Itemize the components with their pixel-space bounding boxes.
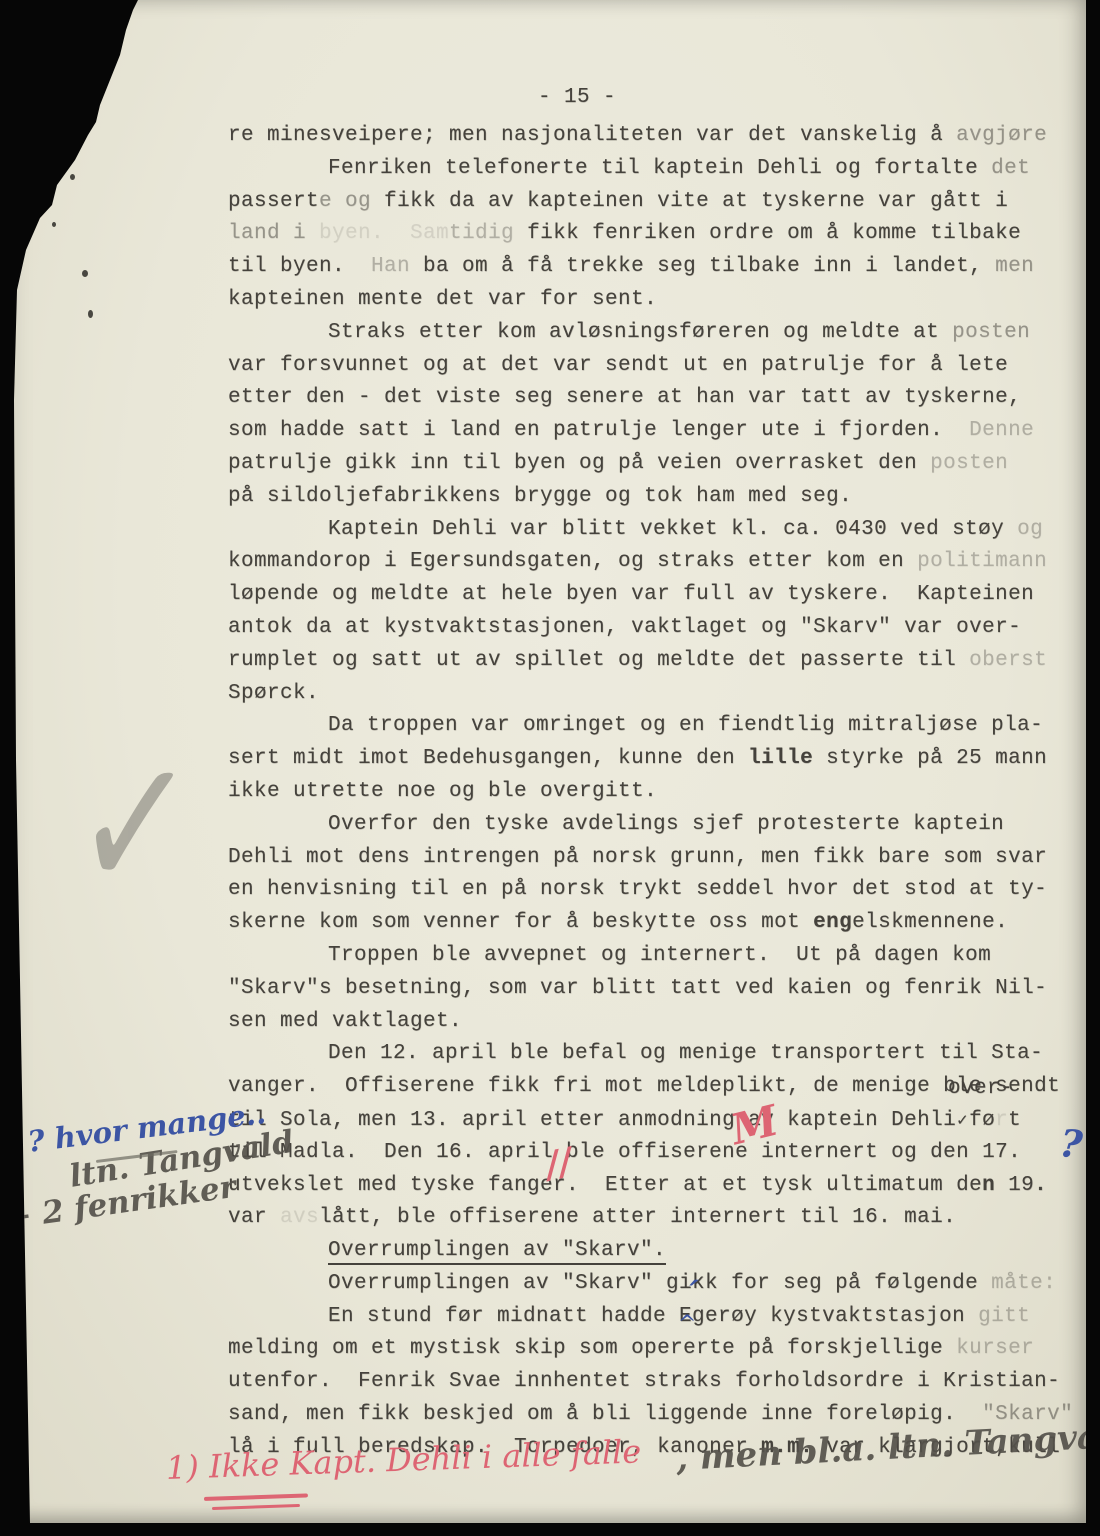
typed-line: Dehli mot dens intrengen på norsk grunn,… <box>228 842 1086 875</box>
paper-speck-3 <box>82 270 88 277</box>
typed-line: utenfor. Fenrik Svae innhentet straks fo… <box>228 1366 1086 1399</box>
typed-line: til Madla. Den 16. april ble offiserene … <box>228 1137 1086 1170</box>
paper-speck-1 <box>70 174 75 180</box>
typed-line: kapteinen mente det var for sent. <box>228 284 1086 317</box>
typed-line: løpende og meldte at hele byen var full … <box>228 579 1086 612</box>
typed-line: en henvisning til en på norsk trykt sedd… <box>228 874 1086 907</box>
typed-line: melding om et mystisk skip som opererte … <box>228 1333 1086 1366</box>
typed-line: på sildoljefabrikkens brygge og tok ham … <box>228 481 1086 514</box>
typed-line: Den 12. april ble befal og menige transp… <box>228 1038 1086 1071</box>
blue-accent-egeroy: ´ <box>682 1278 698 1310</box>
blue-caret-opererte: ^ <box>678 1314 696 1336</box>
typed-line: Kaptein Dehli var blitt vekket kl. ca. 0… <box>228 514 1086 547</box>
typed-line: sert midt imot Bedehusgangen, kunne den … <box>228 743 1086 776</box>
typed-line: re minesveipere; men nasjonaliteten var … <box>228 120 1086 153</box>
typed-line: til Sola, men 13. april etter anmodning … <box>228 1104 1086 1137</box>
typed-line: etter den - det viste seg senere at han … <box>228 382 1086 415</box>
document-page: - 15 - re minesveipere; men nasjonalitet… <box>0 0 1086 1523</box>
typed-line: ikke utrette noe og ble overgitt. <box>228 776 1086 809</box>
typed-line: patrulje gikk inn til byen og på veien o… <box>228 448 1086 481</box>
typed-line: Fenriken telefonerte til kaptein Dehli o… <box>228 153 1086 186</box>
typed-line: Overfor den tyske avdelings sjef protest… <box>228 809 1086 842</box>
typed-line: til byen. Han ba om å få trekke seg tilb… <box>228 251 1086 284</box>
typed-line: sen med vaktlaget. <box>228 1006 1086 1039</box>
typed-line: rumplet og satt ut av spillet og meldte … <box>228 645 1086 678</box>
typed-line: var forsvunnet og at det var sendt ut en… <box>228 350 1086 383</box>
scan-area: - 15 - re minesveipere; men nasjonalitet… <box>0 0 1100 1536</box>
typed-line: En stund før midnatt hadde Egerøy kystva… <box>228 1301 1086 1334</box>
typed-line: passerte og fikk da av kapteinen vite at… <box>228 186 1086 219</box>
typed-text: re minesveipere; men nasjonaliteten var … <box>228 120 1086 1465</box>
typed-line: Troppen ble avvepnet og internert. Ut på… <box>228 940 1086 973</box>
page-number: - 15 - <box>538 86 616 109</box>
typed-line: Spørck. <box>228 678 1086 711</box>
underline-ikke-2 <box>212 1504 300 1510</box>
typed-insert-over: over- <box>948 1078 1013 1099</box>
typed-line: Overrumplingen av "Skarv". <box>228 1235 1086 1268</box>
typed-line: Straks etter kom avløsningsføreren og me… <box>228 317 1086 350</box>
underline-ikke-1 <box>204 1493 308 1501</box>
paper-speck-2 <box>52 222 56 227</box>
typed-line: Da troppen var omringet og en fiendtlig … <box>228 710 1086 743</box>
red-scribble-m: M <box>727 1099 782 1151</box>
blue-question-mark: ? <box>1058 1124 1084 1164</box>
typed-line: skerne kom som venner for å beskytte oss… <box>228 907 1086 940</box>
typed-line: kommandorop i Egersundsgaten, og straks … <box>228 546 1086 579</box>
typed-line: Overrumplingen av "Skarv" gikk for seg p… <box>228 1268 1086 1301</box>
paper-speck-4 <box>88 310 93 318</box>
typed-line: "Skarv"s besetning, som var blitt tatt v… <box>228 973 1086 1006</box>
scanner-background: { "colors":{"paper":"#eae8da","ink":"#45… <box>0 0 1100 1536</box>
typed-line: land i byen. Samtidig fikk fenriken ordr… <box>228 218 1086 251</box>
margin-checkmark: ✓ <box>69 728 199 925</box>
typed-line: utvekslet med tyske fanger. Etter at et … <box>228 1170 1086 1203</box>
typed-line: som hadde satt i land en patrulje lenger… <box>228 415 1086 448</box>
typed-line: var avslått, ble offiserene atter intern… <box>228 1202 1086 1235</box>
typed-line: antok da at kystvaktstasjonen, vaktlaget… <box>228 612 1086 645</box>
